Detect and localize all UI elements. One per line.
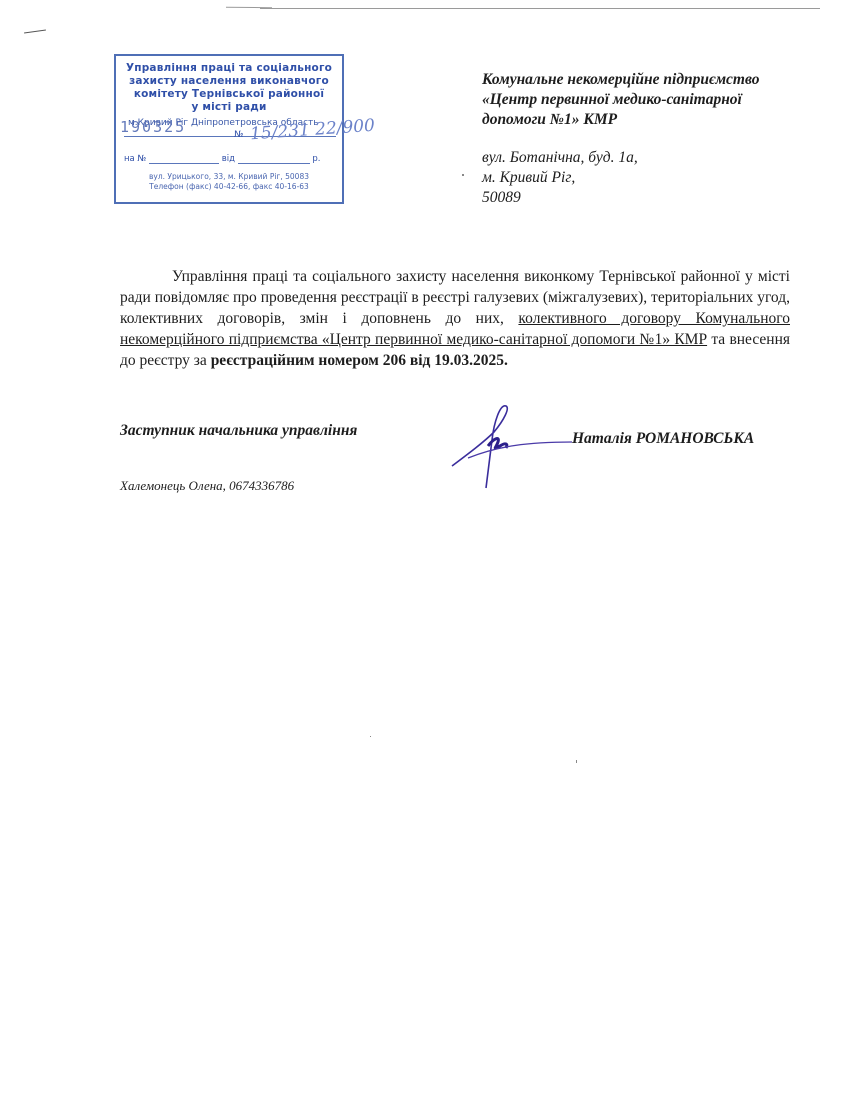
registration-stamp: Управління праці та соціального захисту … (114, 54, 344, 204)
stamp-from-label: від (222, 154, 235, 164)
stamp-org-line: Управління праці та соціального (116, 62, 342, 75)
stamp-address-line: вул. Урицького, 33, м. Кривий Ріг, 50083 (116, 172, 342, 182)
stamp-year-suffix: р. (312, 154, 320, 164)
recipient-org-line: Комунальне некомерційне підприємство (482, 70, 759, 90)
scan-speck (370, 736, 371, 737)
executor-contact: Халемонець Олена, 0674336786 (120, 478, 294, 494)
signer-role: Заступник начальника управління (120, 422, 357, 440)
stamp-phone-line: Телефон (факс) 40-42-66, факс 40-16-63 (116, 182, 342, 192)
stamp-date: 190325 (120, 118, 186, 136)
recipient-address: вул. Ботанічна, буд. 1а, м. Кривий Ріг, … (482, 148, 759, 208)
recipient-org-line: допомоги №1» КМР (482, 110, 759, 130)
recipient-block: Комунальне некомерційне підприємство «Це… (482, 70, 759, 208)
scan-speck (576, 760, 577, 763)
recipient-address-line: вул. Ботанічна, буд. 1а, (482, 148, 759, 168)
stamp-on-label: на № (124, 154, 146, 164)
stamp-org-line: комітету Тернівської районної (116, 88, 342, 101)
stamp-reference-row: на № від р. (124, 154, 336, 164)
stamp-blank (149, 163, 219, 164)
scan-speck (462, 174, 464, 176)
stamp-blank (238, 163, 310, 164)
stamp-org-line: у місті ради (116, 101, 342, 114)
recipient-address-line: м. Кривий Ріг, (482, 168, 759, 188)
recipient-org: Комунальне некомерційне підприємство «Це… (482, 70, 759, 130)
body-paragraph: Управління праці та соціального захисту … (120, 266, 790, 371)
recipient-address-line: 50089 (482, 188, 759, 208)
recipient-org-line: «Центр первинної медико-санітарної (482, 90, 759, 110)
handwritten-signature (448, 402, 578, 492)
signer-name: Наталія РОМАНОВСЬКА (572, 430, 754, 448)
stamp-org-line: захисту населення виконавчого (116, 75, 342, 88)
registration-number: реєстраційним номером 206 від 19.03.2025… (211, 352, 508, 369)
stamp-number-label: № (234, 130, 243, 140)
stamp-address: вул. Урицького, 33, м. Кривий Ріг, 50083… (116, 172, 342, 192)
stamp-org-name: Управління праці та соціального захисту … (116, 62, 342, 114)
letter-body: Управління праці та соціального захисту … (120, 266, 790, 371)
